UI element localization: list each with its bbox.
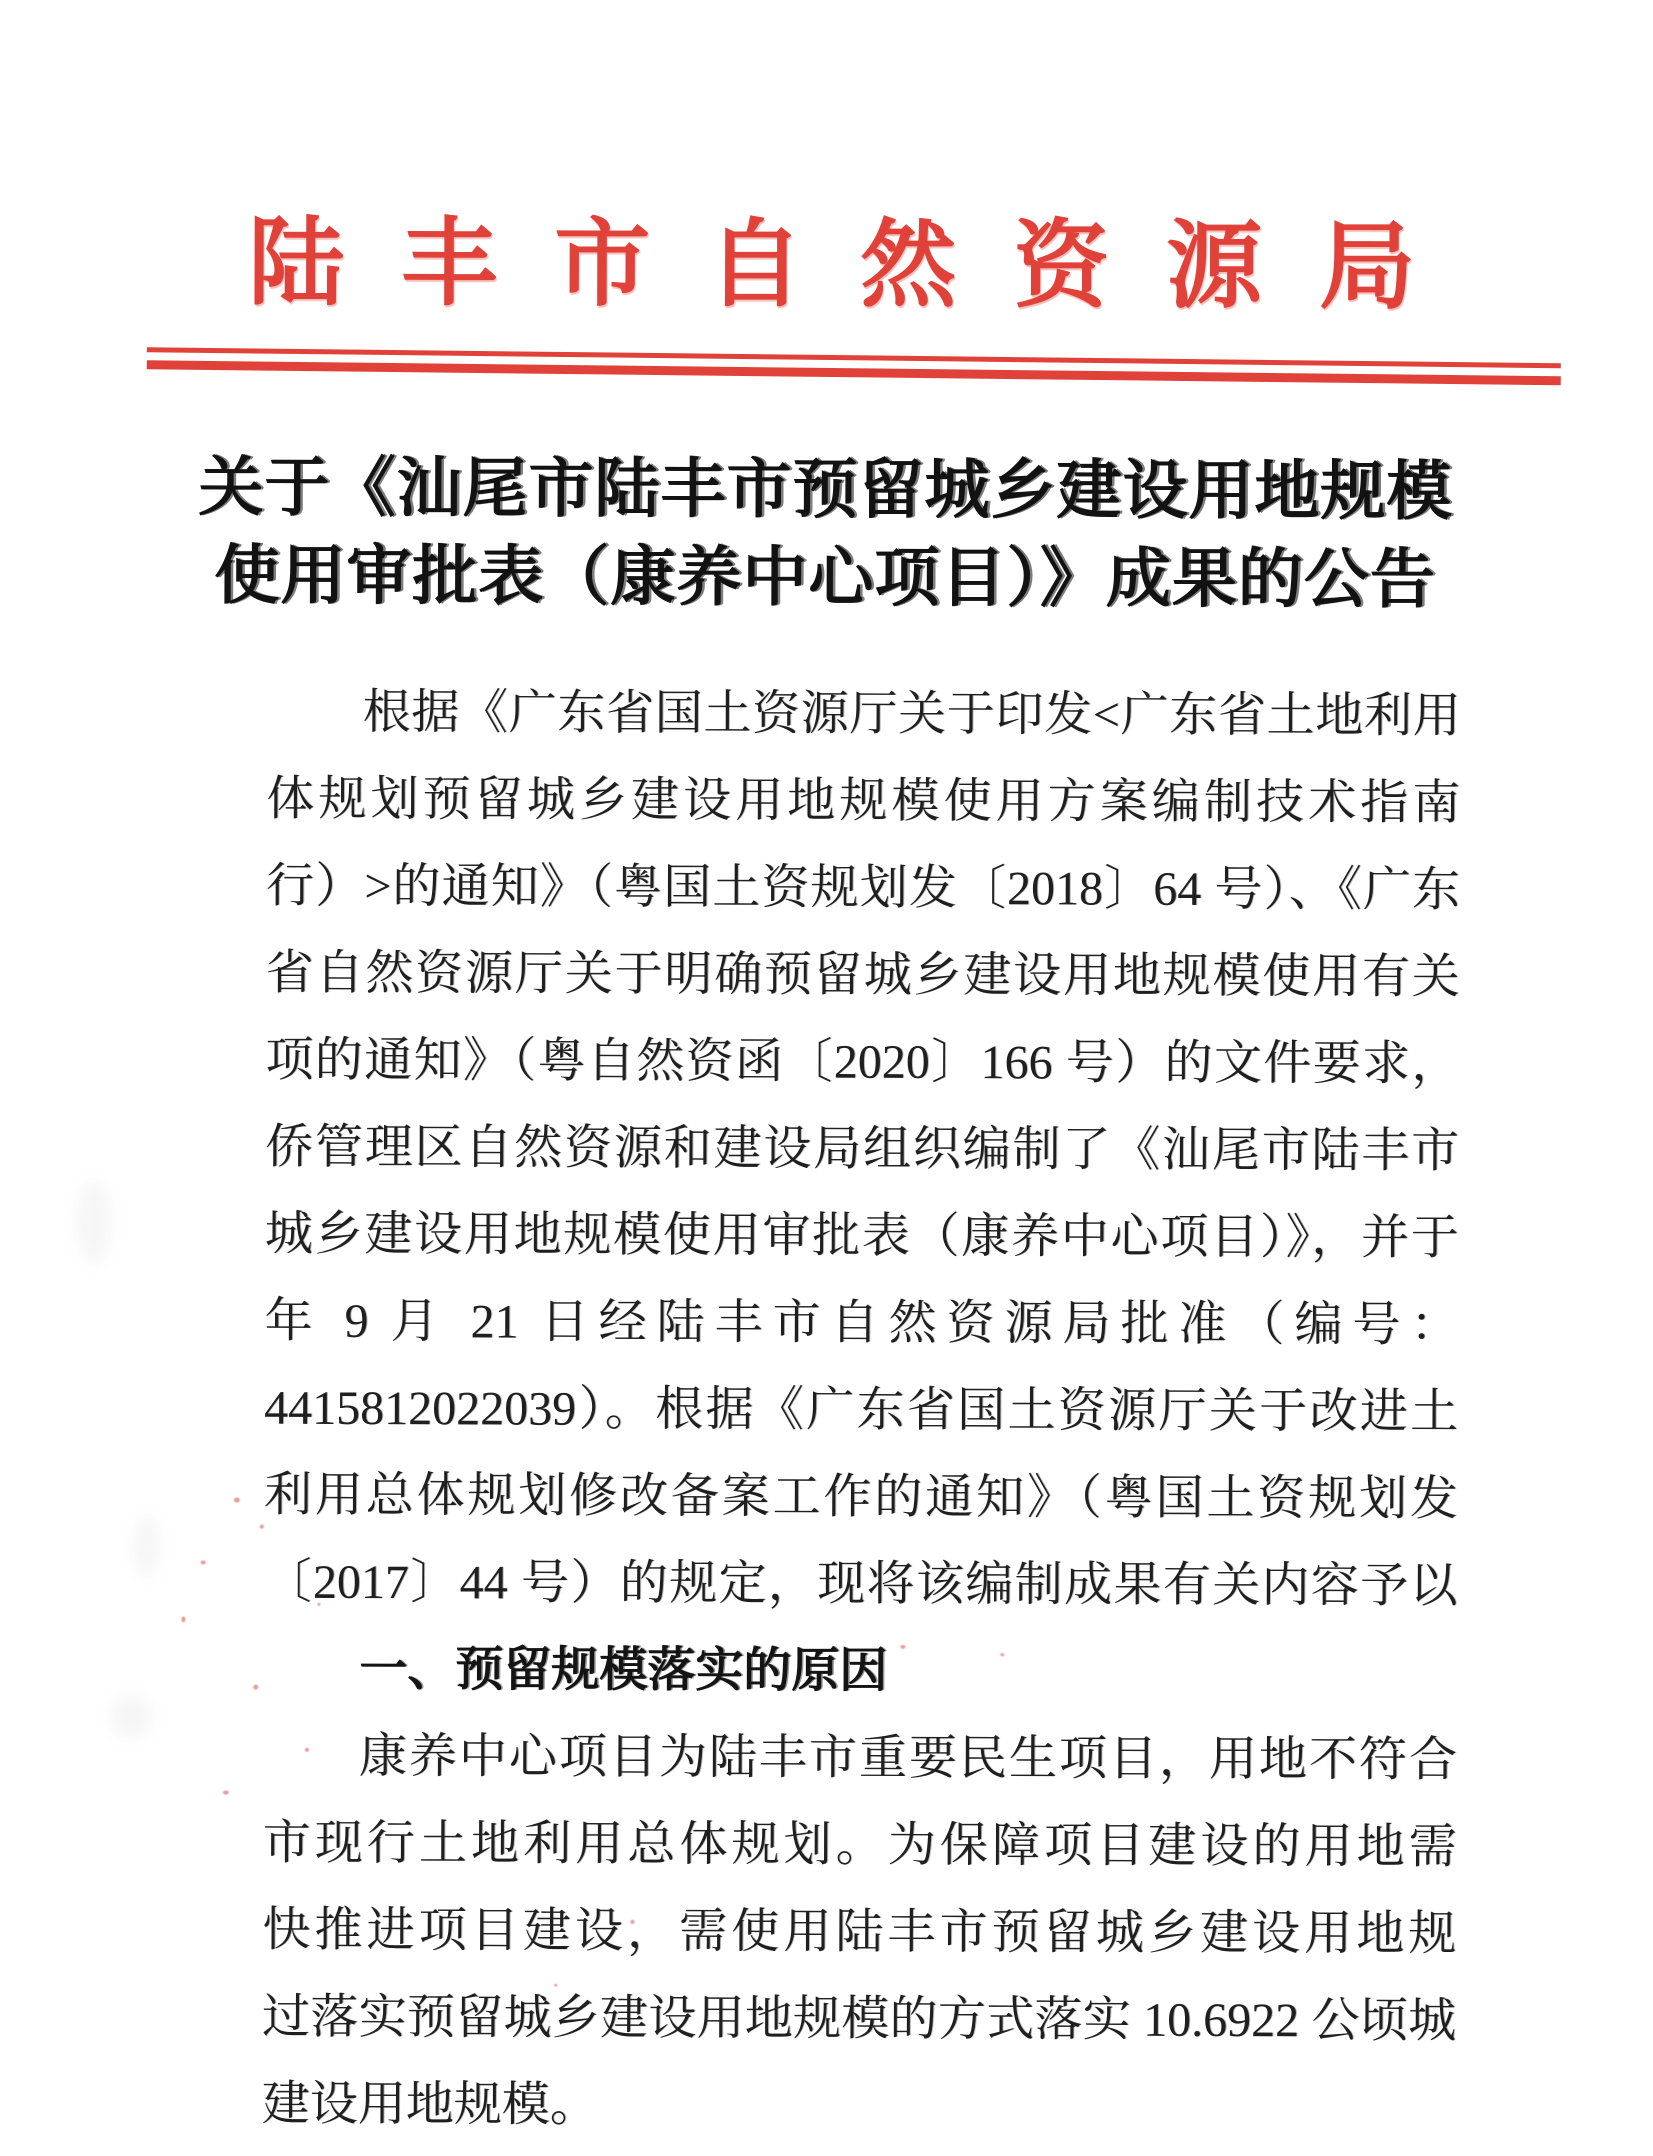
scan-artifact xyxy=(554,1984,557,1987)
body-line: 体规划预留城乡建设用地规模使用方案编制技术指南（试 xyxy=(266,756,1460,847)
scan-artifact xyxy=(223,1791,229,1795)
scan-smudge xyxy=(110,1695,152,1739)
scan-artifact xyxy=(201,1560,206,1564)
document-body: 根据《广东省国土资源厅关于印发<广东省土地利用总 体规划预留城乡建设用地规模使用… xyxy=(262,669,1461,2152)
scanned-document-page: 陆丰市自然资源局 关于《汕尾市陆丰市预留城乡建设用地规模 使用审批表（康养中心项… xyxy=(0,0,1653,2156)
scan-artifact xyxy=(234,1498,240,1503)
agency-masthead: 陆丰市自然资源局 xyxy=(248,206,1472,325)
scan-smudge xyxy=(77,1180,111,1264)
body-line: 行）>的通知》（粤国土资规划发〔2018〕64 号）、《广东 xyxy=(266,843,1460,934)
scan-artifact xyxy=(900,1645,905,1649)
title-line-1: 关于《汕尾市陆丰市预留城乡建设用地规模 xyxy=(185,444,1465,536)
body-line: 省自然资源厅关于明确预留城乡建设用地规模使用有关事 xyxy=(266,930,1460,1021)
title-line-2: 使用审批表（康养中心项目）》成果的公告 xyxy=(185,532,1465,624)
body-line: 康养中心项目为陆丰市重要民生项目，用地不符合陆丰 xyxy=(263,1713,1457,1804)
body-line: 项的通知》（粤自然资函〔2020〕166 号）的文件要求，华 xyxy=(265,1017,1459,1108)
scan-skew-wrapper: 陆丰市自然资源局 关于《汕尾市陆丰市预留城乡建设用地规模 使用审批表（康养中心项… xyxy=(0,0,1653,2156)
scan-artifact xyxy=(318,1603,321,1606)
scan-artifact xyxy=(630,1920,634,1924)
document-title: 关于《汕尾市陆丰市预留城乡建设用地规模 使用审批表（康养中心项目）》成果的公告 xyxy=(185,444,1466,624)
body-line: 年 9 月 21 日经陆丰市自然资源局批准（编号： xyxy=(264,1278,1458,1369)
body-line: 快推进项目建设，需使用陆丰市预留城乡建设用地规模，通 xyxy=(262,1887,1456,1978)
scan-artifact xyxy=(253,1685,258,1690)
scan-artifact xyxy=(181,1616,185,1622)
body-line: 城乡建设用地规模使用审批表（康养中心项目）》，并于 2023 xyxy=(265,1191,1459,1282)
scan-artifact xyxy=(1000,1653,1004,1656)
body-line: 根据《广东省国土资源厅关于印发<广东省土地利用总 xyxy=(266,669,1460,760)
scan-artifact xyxy=(260,1525,264,1529)
body-line: 利用总体规划修改备案工作的通知》（粤国土资规划发 xyxy=(264,1452,1458,1543)
body-line: 〔2017〕44 号）的规定，现将该编制成果有关内容予以公告。 xyxy=(263,1539,1457,1630)
body-line: 侨管理区自然资源和建设局组织编制了《汕尾市陆丰市预留 xyxy=(265,1104,1459,1195)
body-line: 市现行土地利用总体规划。为保障项目建设的用地需求，加 xyxy=(263,1800,1457,1891)
scan-smudge xyxy=(134,1515,160,1577)
scan-artifact xyxy=(305,1748,309,1752)
section-heading: 一、预留规模落实的原因 xyxy=(263,1626,1457,1717)
body-line: 4415812022039）。根据《广东省国土资源厅关于改进土地 xyxy=(264,1365,1458,1456)
body-line: 建设用地规模。 xyxy=(262,2061,1456,2152)
body-line: 过落实预留城乡建设用地规模的方式落实 10.6922 公顷城乡 xyxy=(262,1974,1456,2065)
